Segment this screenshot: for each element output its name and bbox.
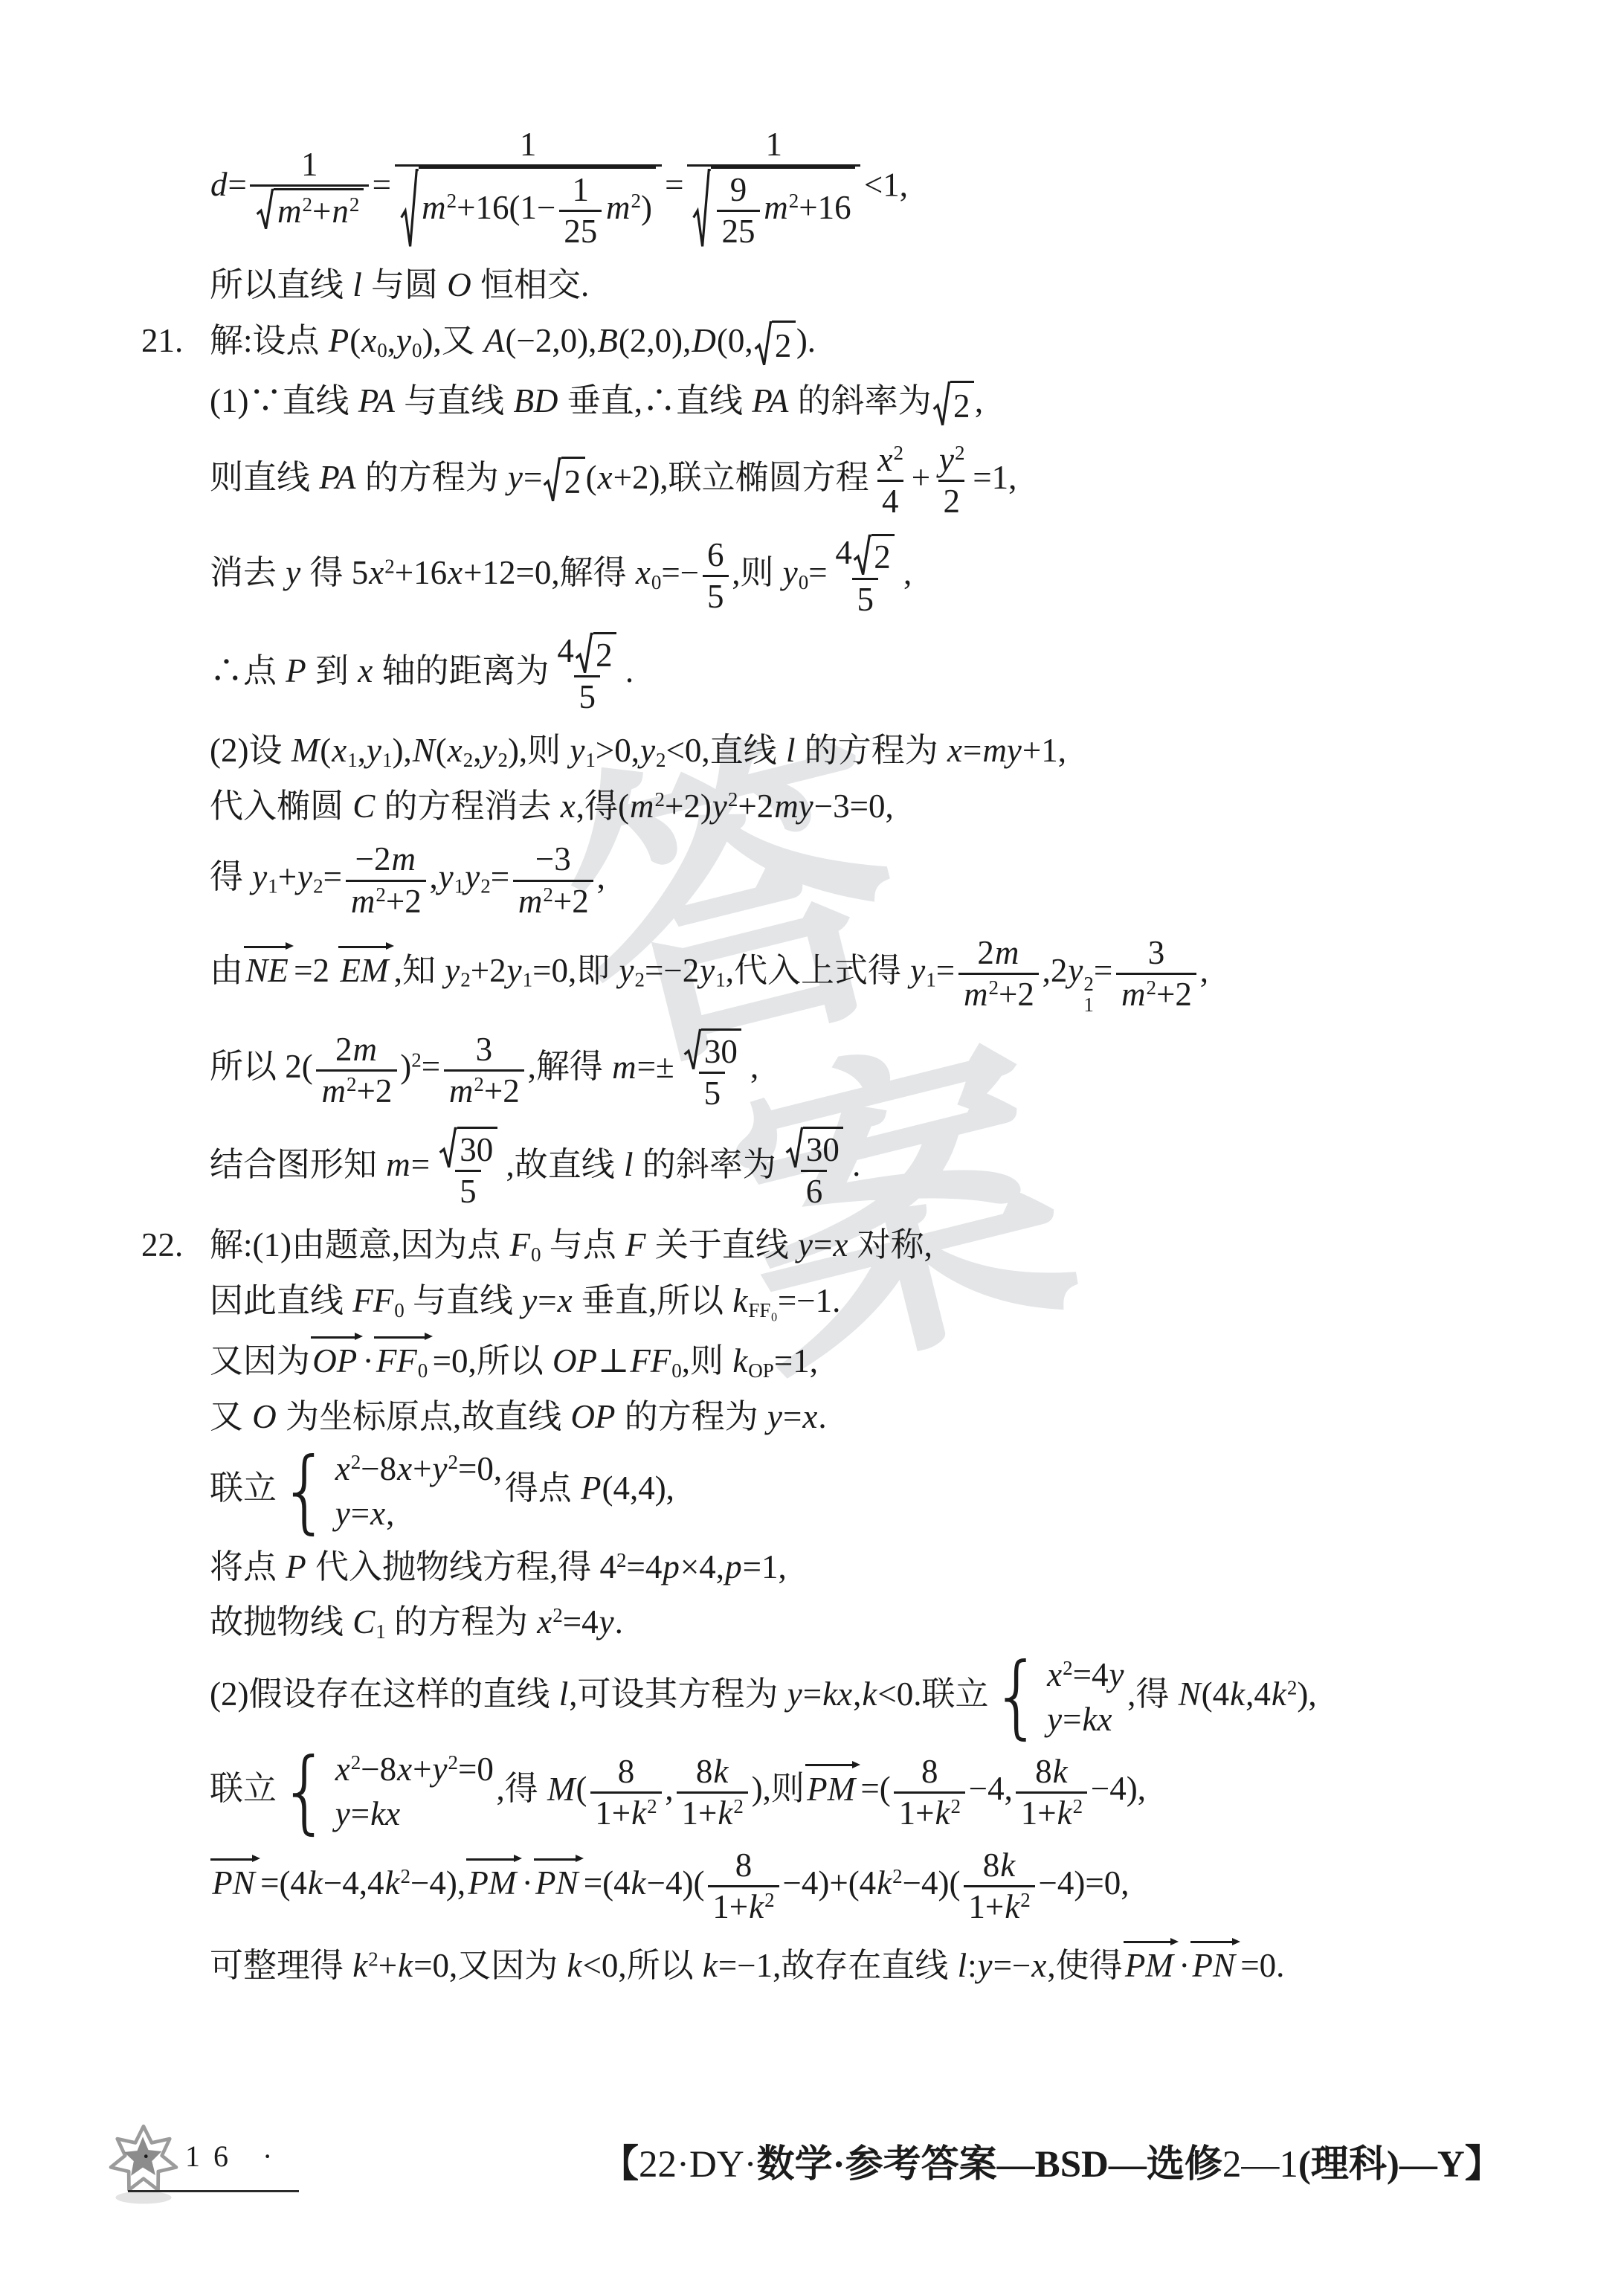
solution-line: PN=(4k−4,4k2−4),PM·PN=(4k−4)(81+k2−4)+(4… bbox=[141, 1846, 1513, 1927]
footer-label-part: —Y bbox=[1399, 2144, 1465, 2186]
solution-line: 联立{x2−8x+y2=0,y=x,得点 P(4,4), bbox=[141, 1450, 1513, 1533]
footer-label-part: 数学·参考答案 bbox=[757, 2144, 997, 2186]
footer-label-part: 】 bbox=[1465, 2144, 1503, 2186]
solution-line: 故抛物线 C1 的方程为 x2=4y. bbox=[141, 1600, 1513, 1644]
solution-line: 结合图形知 m=305,故直线 l 的斜率为306. bbox=[141, 1125, 1513, 1211]
footer-label-part: 22·DY· bbox=[639, 2144, 757, 2186]
solution-line: 所以 2(2mm2+2)2=3m2+2,解得 m=±305, bbox=[141, 1027, 1513, 1113]
solution-line: ∴点 P 到 x 轴的距离为425. bbox=[141, 631, 1513, 718]
footer-label: 【22·DY·数学·参考答案—BSD—选修2—1(理科)—Y】 bbox=[601, 2133, 1503, 2188]
answer-page: 答 案 d=1m2+n2=1m2+16(1−125m2)=1925m2+16<1… bbox=[0, 0, 1624, 2283]
page-number-block: · 16 · bbox=[128, 2139, 299, 2192]
footer-label-part: —BSD— bbox=[997, 2144, 1147, 2186]
solution-line: 消去 y 得 5x2+16x+12=0,解得 x0=−65,则 y0=425, bbox=[141, 533, 1513, 619]
solution-content: d=1m2+n2=1m2+16(1−125m2)=1925m2+16<1,所以直… bbox=[141, 125, 1513, 2000]
solution-line: 联立{x2−8x+y2=0y=kx,得 M(81+k2,8k1+k2),则PM=… bbox=[141, 1751, 1513, 1834]
solution-line: d=1m2+n2=1m2+16(1−125m2)=1925m2+16<1, bbox=[141, 125, 1513, 251]
solution-line: 因此直线 FF0 与直线 y=x 垂直,所以 kFF₀=−1. bbox=[141, 1279, 1513, 1323]
solution-line: 又因为OP·FF0=0,所以 OP⊥FF0,则 kOP=1, bbox=[141, 1334, 1513, 1383]
solution-line: 又 O 为坐标原点,故直线 OP 的方程为 y=x. bbox=[141, 1395, 1513, 1439]
solution-item-line: 21.解:设点 P(x0,y0),又 A(−2,0),B(2,0),D(0,2)… bbox=[141, 319, 1513, 367]
solution-line: 则直线 PA 的方程为 y=2(x+2),联立椭圆方程x24+y22=1, bbox=[141, 440, 1513, 521]
solution-line: (2)假设存在这样的直线 l,可设其方程为 y=kx,k<0.联立{x2=4yy… bbox=[141, 1656, 1513, 1739]
solution-line: 代入椭圆 C 的方程消去 x,得(m2+2)y2+2my−3=0, bbox=[141, 785, 1513, 828]
solution-line: 可整理得 k2+k=0,又因为 k<0,所以 k=−1,故存在直线 l:y=−x… bbox=[141, 1939, 1513, 1988]
solution-line: (2)设 M(x1,y1),N(x2,y2),则 y1>0,y2<0,直线 l … bbox=[141, 729, 1513, 773]
page-number: · 16 · bbox=[141, 2139, 286, 2173]
solution-item-line: 22.解:(1)由题意,因为点 F0 与点 F 关于直线 y=x 对称, bbox=[141, 1223, 1513, 1267]
solution-line: 所以直线 l 与圆 O 恒相交. bbox=[141, 263, 1513, 307]
footer-label-part: (理科) bbox=[1298, 2144, 1399, 2186]
solution-line: 由NE=2 EM,知 y2+2y1=0,即 y2=−2y1,代入上式得 y1=2… bbox=[141, 933, 1513, 1016]
footer-label-part: 选修 bbox=[1147, 2144, 1222, 2186]
footer-label-part: 【 bbox=[601, 2144, 639, 2186]
solution-line: 将点 P 代入抛物线方程,得 42=4p×4,p=1, bbox=[141, 1545, 1513, 1589]
solution-line: 得 y1+y2=−2mm2+2,y1y2=−3m2+2, bbox=[141, 840, 1513, 921]
solution-line: (1)∵直线 PA 与直线 BD 垂直,∴直线 PA 的斜率为2, bbox=[141, 379, 1513, 428]
footer-label-part: 2—1 bbox=[1222, 2144, 1298, 2186]
